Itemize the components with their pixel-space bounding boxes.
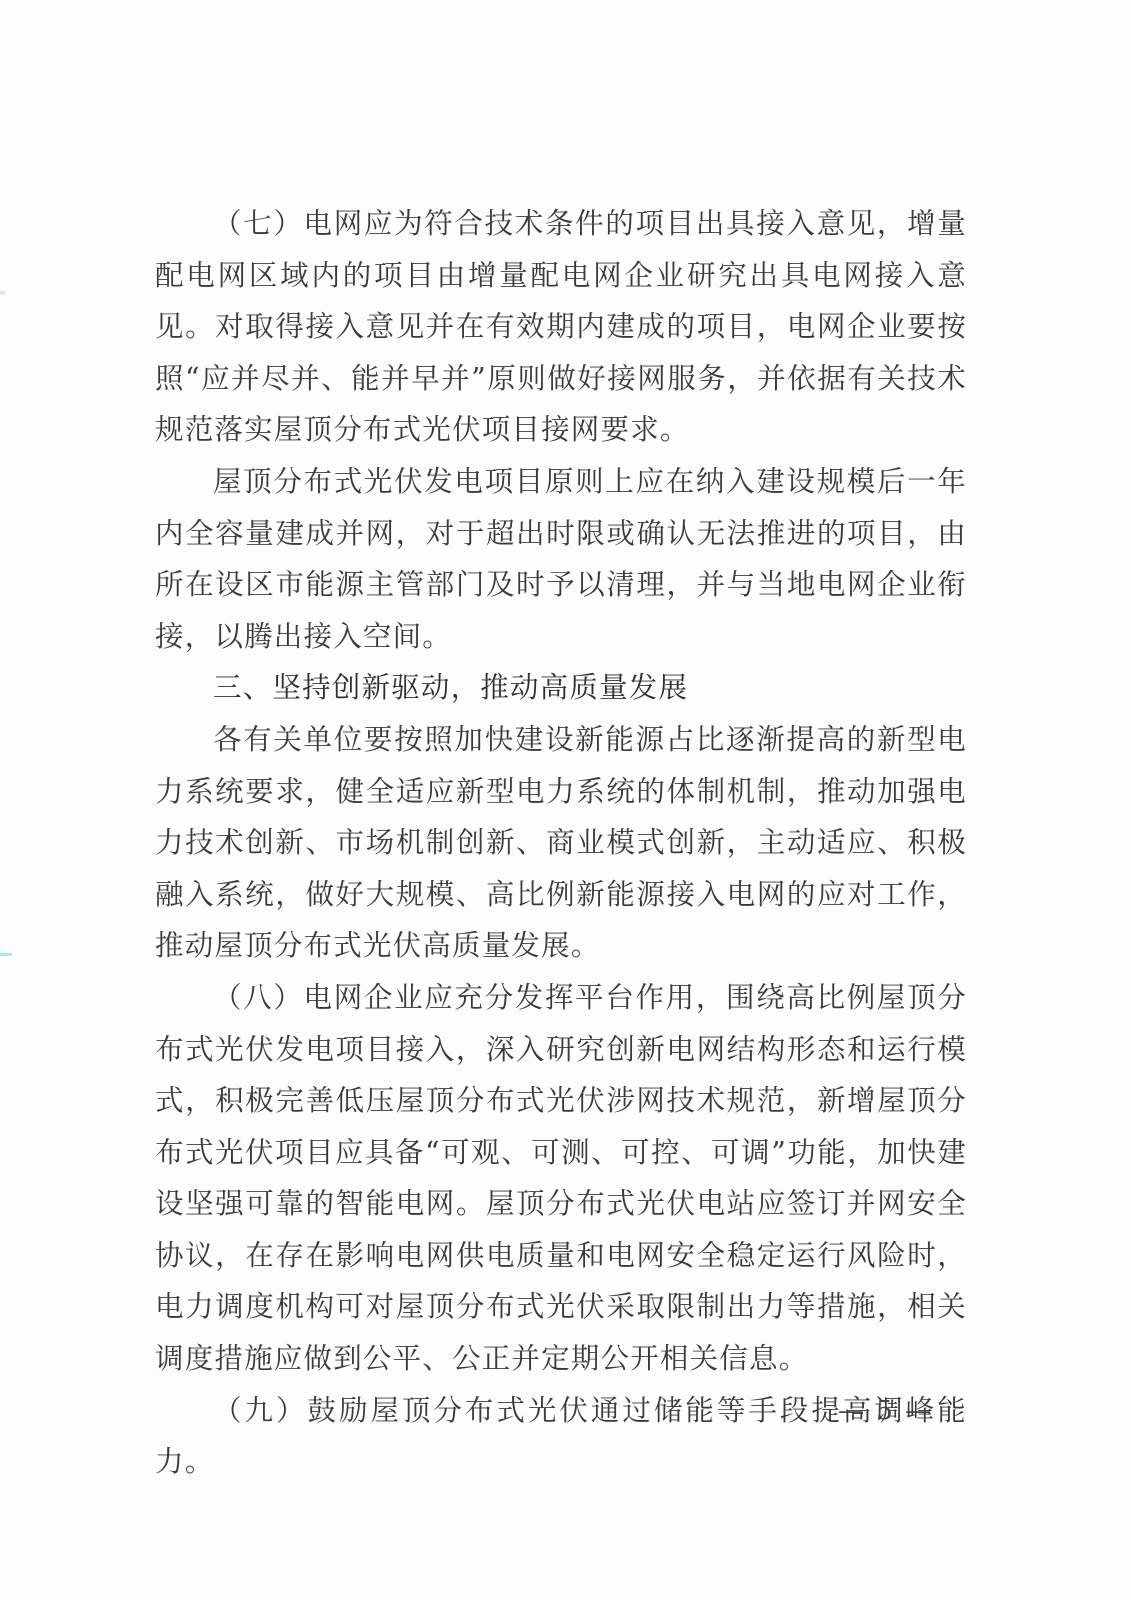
scanner-artifact [0, 953, 12, 956]
paragraph-item-8: （八）电网企业应充分发挥平台作用，围绕高比例屋顶分布式光伏发电项目接入，深入研究… [155, 972, 967, 1385]
paragraph-item-7: （七）电网应为符合技术条件的项目出具接入意见，增量配电网区域内的项目由增量配电网… [155, 198, 967, 456]
document-page: （七）电网应为符合技术条件的项目出具接入意见，增量配电网区域内的项目由增量配电网… [155, 198, 967, 1488]
scanner-artifact [0, 291, 5, 295]
section-heading-3: 三、坚持创新驱动，推动高质量发展 [155, 662, 967, 714]
paragraph-section-3-intro: 各有关单位要按照加快建设新能源占比逐渐提高的新型电力系统要求，健全适应新型电力系… [155, 714, 967, 972]
paragraph-project-deadline: 屋顶分布式光伏发电项目原则上应在纳入建设规模后一年内全容量建成并网，对于超出时限… [155, 456, 967, 662]
page-number: — 5 — [838, 1396, 933, 1426]
